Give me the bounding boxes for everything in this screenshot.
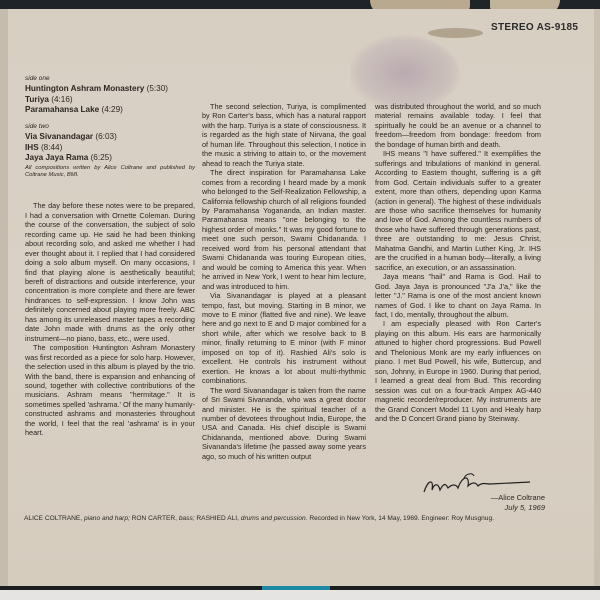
notes-body: The day before these notes were to be pr… — [25, 201, 195, 437]
track: Jaya Jaya Rama (6:25) — [25, 153, 195, 163]
water-stain — [428, 28, 483, 38]
track: Turiya (4:16) — [25, 95, 195, 105]
paragraph: The direct inspiration for Paramahansa L… — [202, 168, 366, 291]
cover-right-edge — [594, 9, 600, 588]
track: Via Sivanandagar (6:03) — [25, 132, 195, 142]
background-surface — [0, 590, 600, 600]
publishing-credits: All compositions written by Alice Coltra… — [25, 165, 195, 179]
side-one-tracklist: Huntington Ashram Monastery (5:30) Turiy… — [25, 84, 195, 115]
paragraph: The composition Huntington Ashram Monast… — [25, 343, 195, 438]
cover-top-edge — [0, 0, 600, 9]
liner-notes-column-3: was distributed throughout the world, an… — [375, 102, 541, 423]
paragraph: Jaya means "hail" and Rama is God. Hail … — [375, 272, 541, 319]
paragraph: The word Sivanandagar is taken from the … — [202, 386, 366, 462]
signature-block: —Alice Coltrane July 5, 1969 — [485, 493, 545, 512]
paragraph: The day before these notes were to be pr… — [25, 201, 195, 343]
side-two-label: side two — [25, 122, 195, 131]
liner-notes-column-1: side one Huntington Ashram Monastery (5:… — [25, 74, 195, 438]
signature-date: July 5, 1969 — [485, 503, 545, 513]
liner-notes-column-2: The second selection, Turiya, is complim… — [202, 102, 366, 461]
track: Huntington Ashram Monastery (5:30) — [25, 84, 195, 94]
catalog-number: STEREO AS-9185 — [491, 22, 578, 33]
side-two-tracklist: Via Sivanandagar (6:03) IHS (8:44) Jaya … — [25, 132, 195, 163]
paragraph: The second selection, Turiya, is complim… — [202, 102, 366, 168]
track: Paramahansa Lake (4:29) — [25, 105, 195, 115]
water-stain — [350, 35, 460, 110]
track: IHS (8:44) — [25, 143, 195, 153]
side-one-label: side one — [25, 74, 195, 83]
paragraph: was distributed throughout the world, an… — [375, 102, 541, 149]
personnel-credits: ALICE COLTRANE, piano and harp; RON CART… — [24, 515, 584, 522]
paragraph: IHS means "I have suffered." It exemplif… — [375, 149, 541, 272]
signature-name: —Alice Coltrane — [485, 493, 545, 503]
paragraph: Via Sivanandagar is played at a pleasant… — [202, 291, 366, 386]
paragraph: I am especially pleased with Ron Carter'… — [375, 319, 541, 423]
